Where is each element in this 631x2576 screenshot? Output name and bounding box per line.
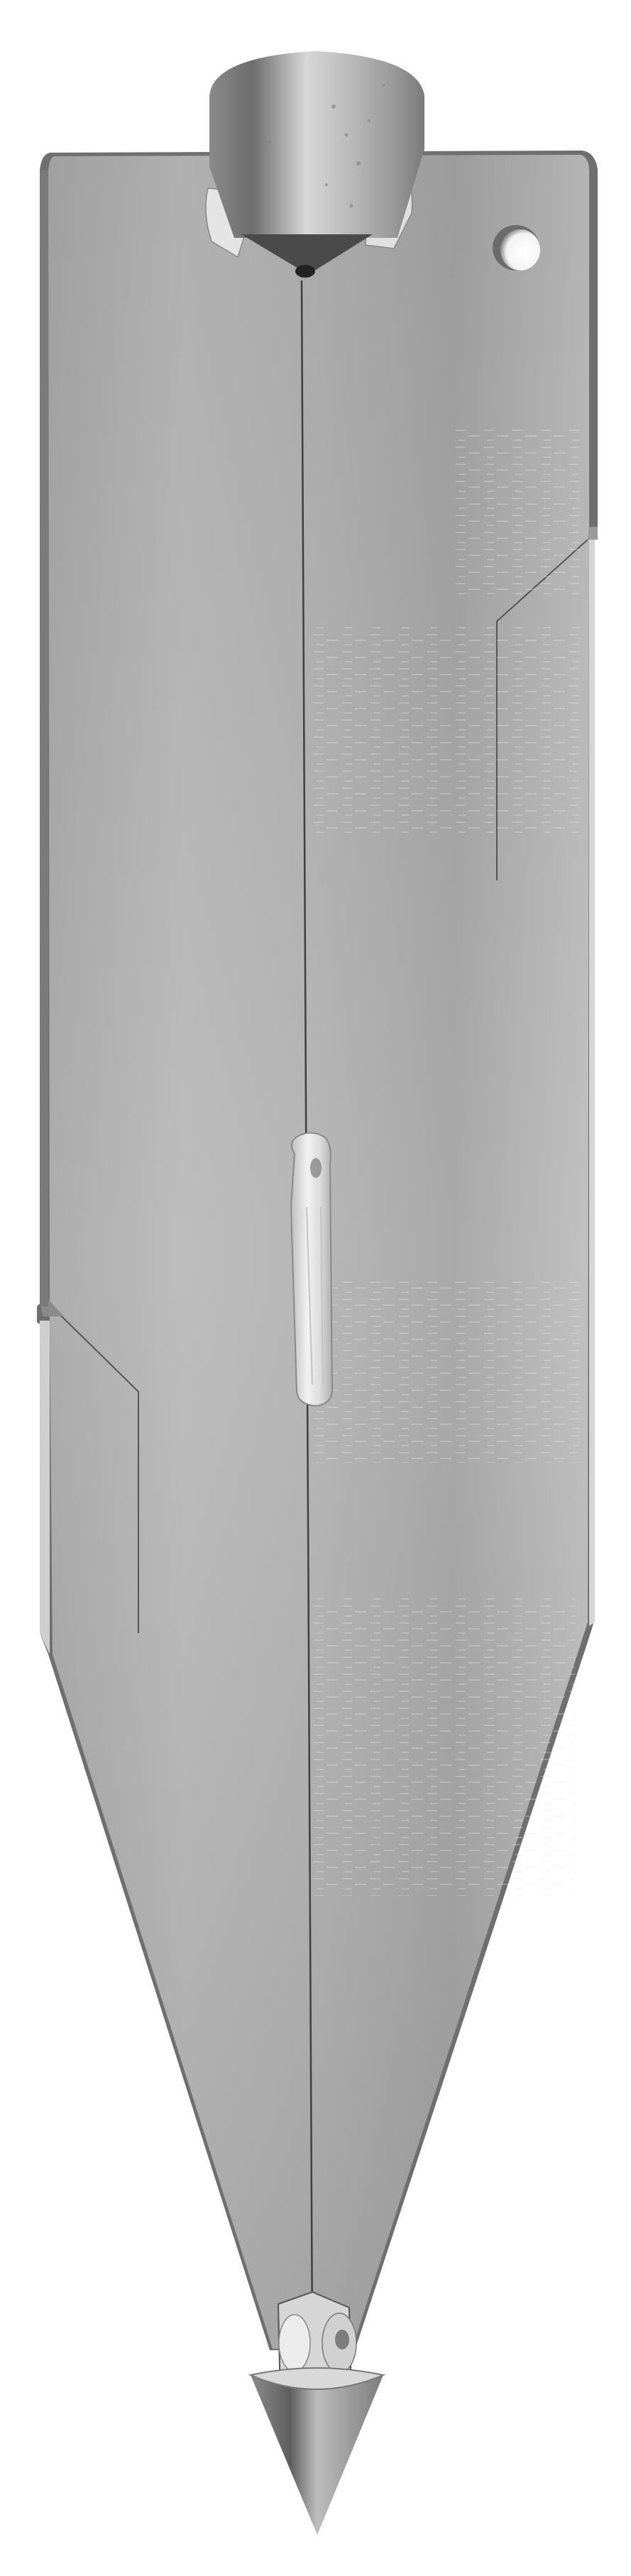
top-sleeve bbox=[206, 51, 424, 278]
center-weld bbox=[291, 1133, 332, 1406]
ground-spike-photo bbox=[0, 0, 631, 2576]
